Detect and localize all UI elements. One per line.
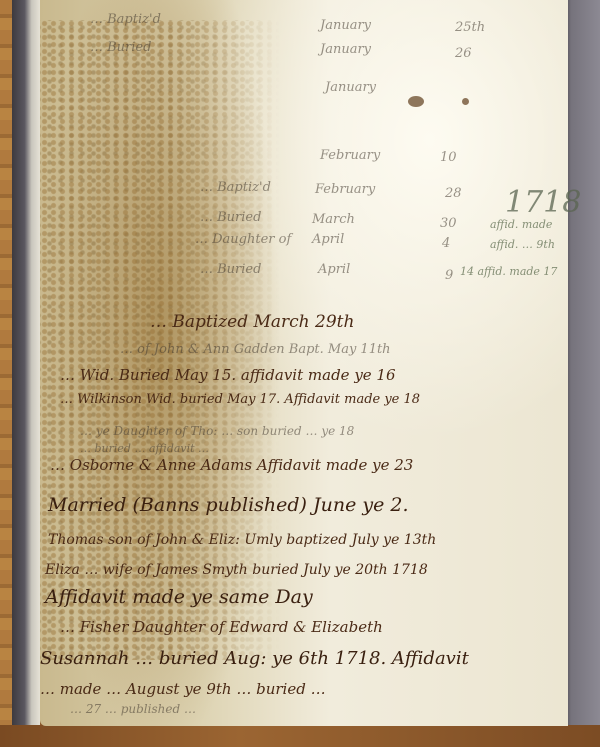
- entry-day: 25th: [455, 20, 485, 35]
- entry-month: January: [320, 18, 371, 33]
- entry-month: January: [325, 80, 376, 95]
- book-binding-left: [12, 0, 40, 730]
- entry-line: … 27 … published …: [70, 702, 196, 716]
- entry-month: February: [320, 148, 380, 163]
- entry-month: March: [312, 212, 355, 227]
- entry-line: … made … August ye 9th … buried …: [40, 680, 326, 698]
- entry-line: Susannah … buried Aug: ye 6th 1718. Affi…: [40, 648, 469, 669]
- marginal-year: 1718: [505, 185, 581, 220]
- entry-line: … of John & Ann Gadden Bapt. May 11th: [120, 342, 391, 357]
- entry-line: Thomas son of John & Eliz: Umly baptized…: [48, 532, 436, 548]
- entry-left: … Buried: [200, 210, 261, 225]
- entry-month: April: [312, 232, 344, 247]
- entry-note: affid. … 9th: [490, 238, 555, 251]
- entry-line: … ye Daughter of Tho: … son buried … ye …: [80, 424, 354, 438]
- entry-day: 10: [440, 150, 457, 165]
- book-binding-right: [564, 0, 600, 747]
- entry-line: … buried … affidavit …: [80, 442, 209, 455]
- ink-stain-small: [462, 98, 469, 105]
- entry-left: … Baptiz'd: [90, 12, 161, 27]
- entry-note: 14 affid. made 17: [460, 265, 557, 278]
- ink-stain: [408, 96, 424, 107]
- entry-day: 4: [442, 236, 450, 251]
- entry-line: … Wid. Buried May 15. affidavit made ye …: [60, 366, 396, 384]
- entry-day: 30: [440, 216, 457, 231]
- entry-left: … Daughter of: [195, 232, 291, 247]
- entry-month: February: [315, 182, 375, 197]
- entry-left: … Buried: [200, 262, 261, 277]
- entry-left: … Buried: [90, 40, 151, 55]
- entry-line: … Baptized March 29th: [150, 312, 354, 332]
- entry-line: Affidavit made ye same Day: [45, 586, 313, 608]
- entry-line: … Osborne & Anne Adams Affidavit made ye…: [50, 456, 413, 474]
- entry-month: April: [318, 262, 350, 277]
- entry-line: … Wilkinson Wid. buried May 17. Affidavi…: [60, 392, 420, 407]
- entry-line: Eliza … wife of James Smyth buried July …: [45, 562, 428, 578]
- entry-day: 26: [455, 46, 472, 61]
- wooden-table-bottom: [0, 725, 600, 747]
- entry-left: … Baptiz'd: [200, 180, 271, 195]
- entry-day: 9: [445, 268, 453, 283]
- entry-line: Married (Banns published) June ye 2.: [48, 494, 409, 516]
- entry-line: … Fisher Daughter of Edward & Elizabeth: [60, 618, 383, 636]
- entry-month: January: [320, 42, 371, 57]
- entry-day: 28: [445, 186, 462, 201]
